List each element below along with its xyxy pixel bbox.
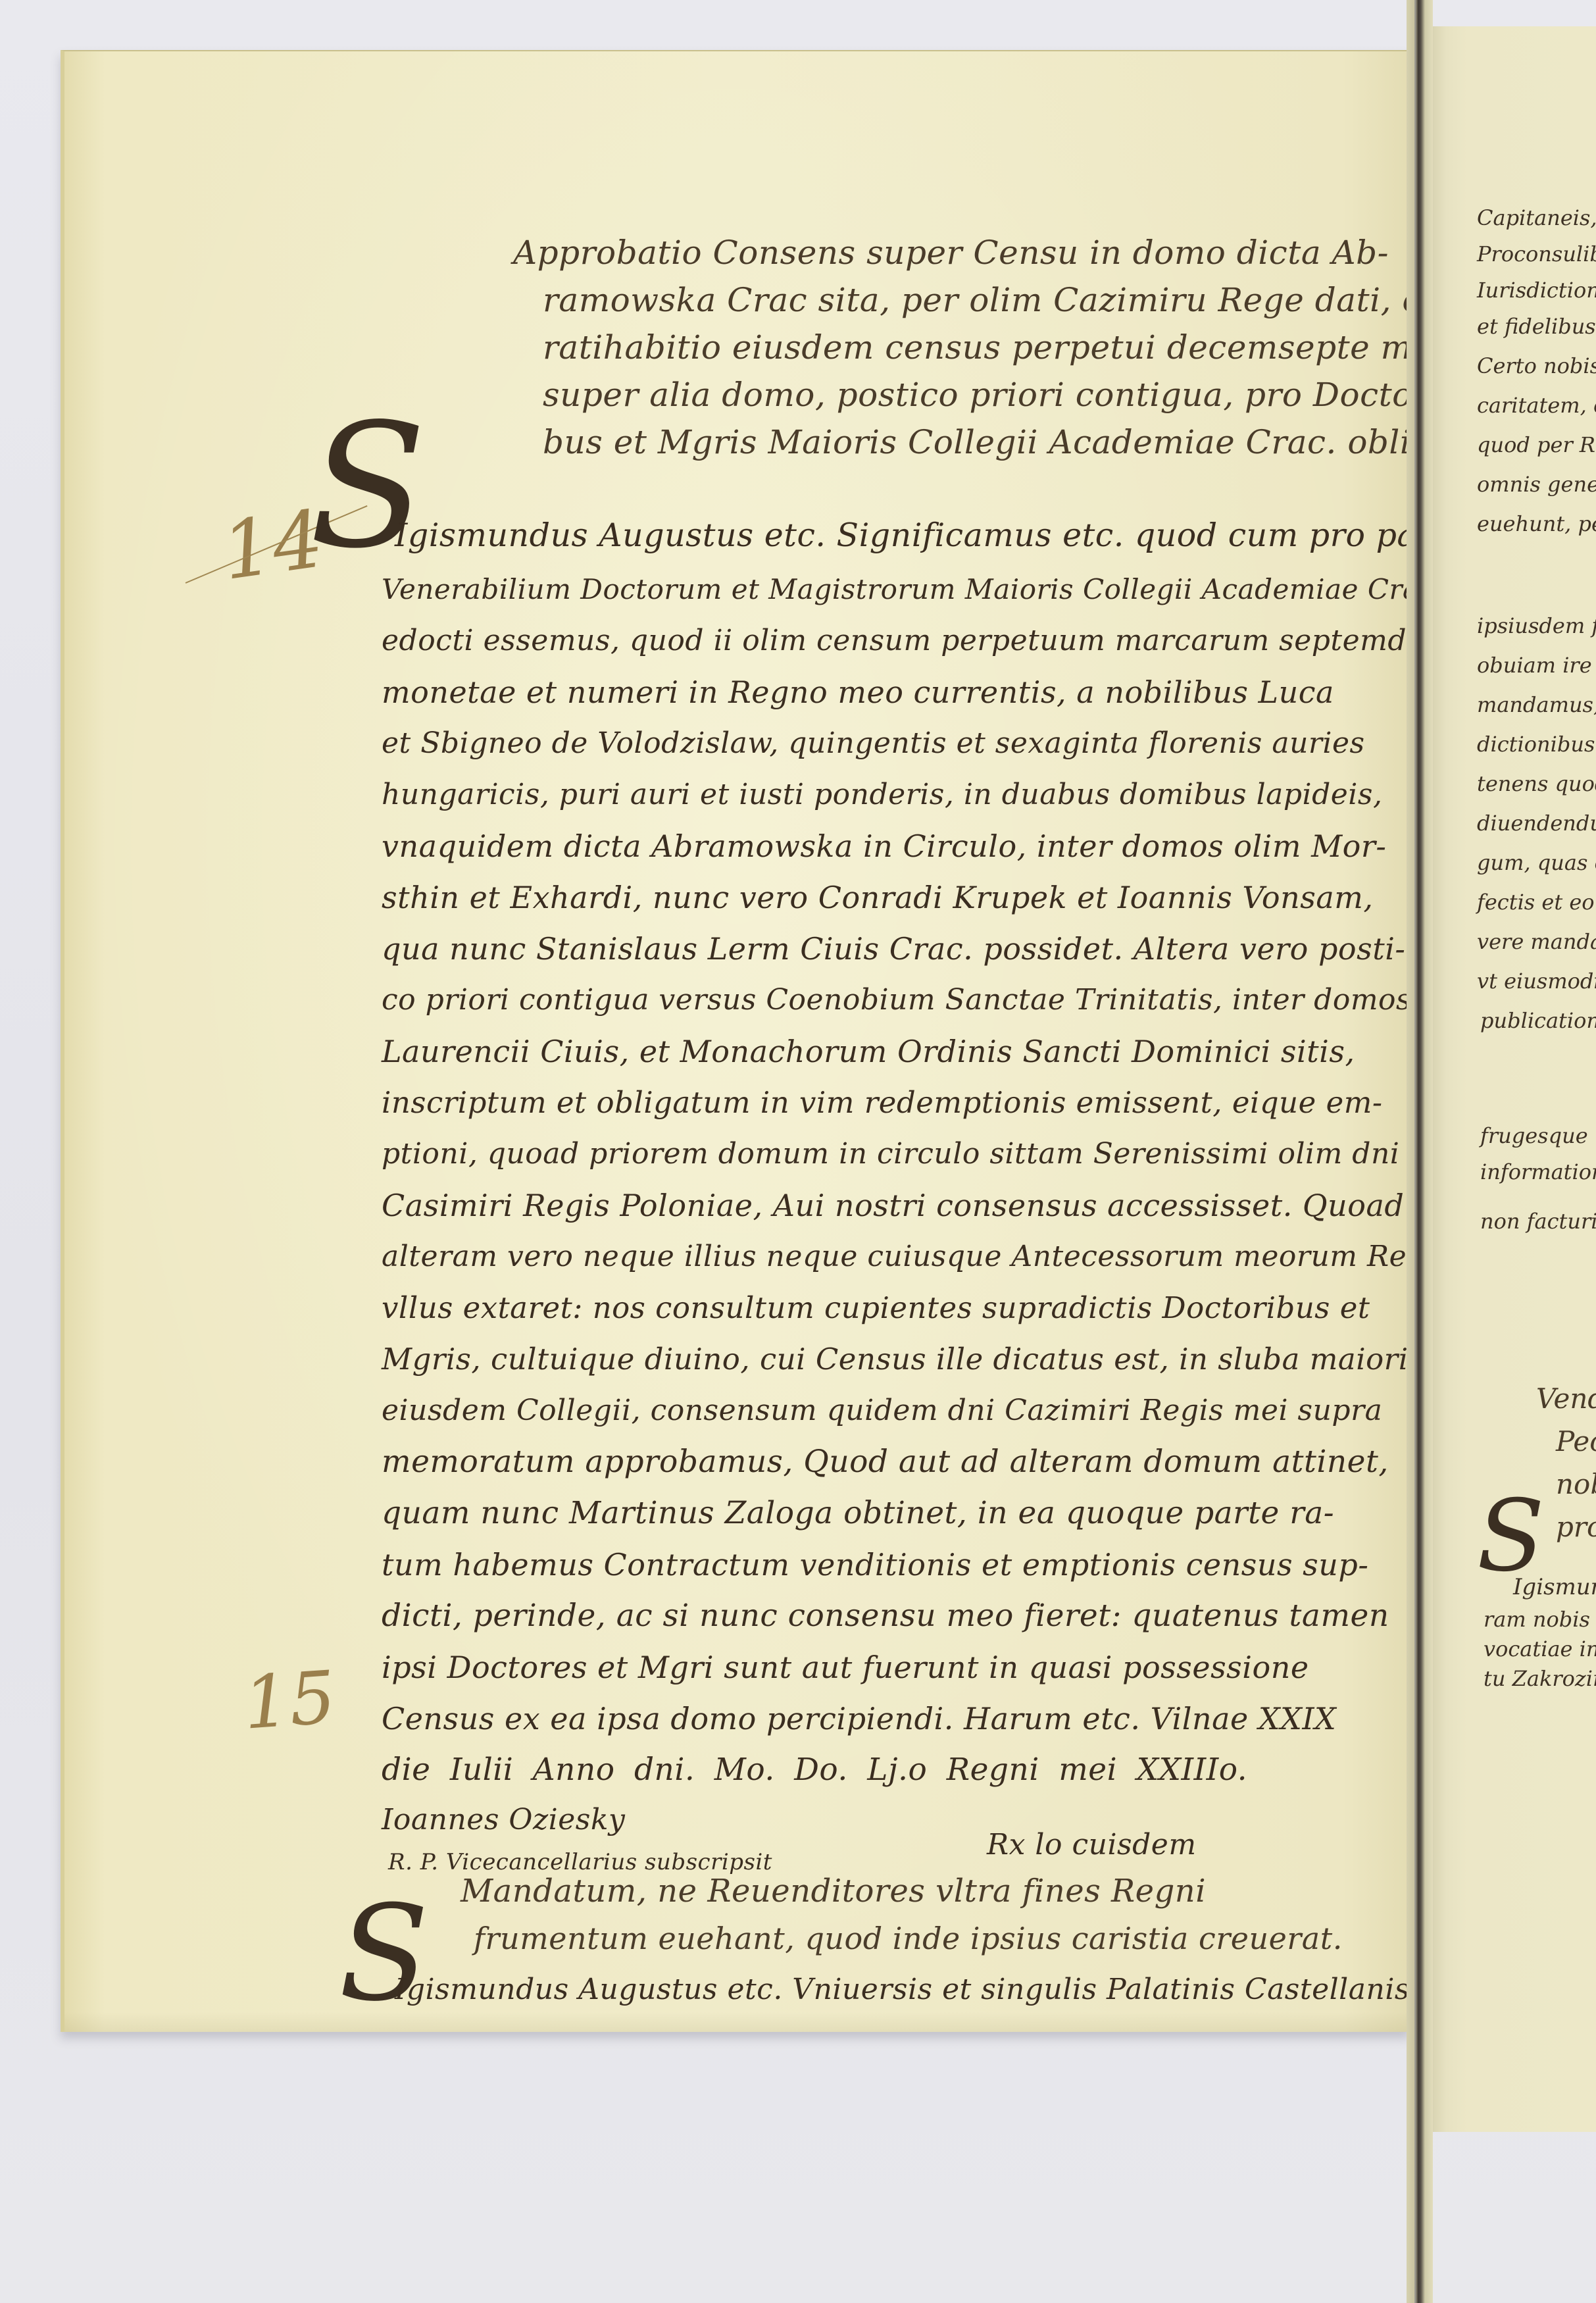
body-line: ptioni, quoad priorem domum in circulo s… (382, 1132, 1399, 1177)
body-line: qua nunc Stanislaus Lerm Ciuis Crac. pos… (382, 926, 1405, 971)
right-page-line: et fidelibus di (1477, 316, 1596, 337)
body-line: sthin et Exhardi, nunc vero Conradi Krup… (382, 875, 1374, 920)
body-line: co priori contigua versus Coenobium Sanc… (382, 978, 1411, 1023)
right-heading-line: Pech (1556, 1428, 1596, 1455)
heading-line: ramowska Crac sita, per olim Cazimiru Re… (543, 278, 1435, 322)
right-page-line: vt eiusmodi (1477, 971, 1596, 992)
body-line: Laurencii Ciuis, et Monachorum Ordinis S… (382, 1029, 1355, 1074)
body-line: eiusdem Collegii, consensum quidem dni C… (382, 1388, 1382, 1433)
body-line: Venerabilium Doctorum et Magistrorum Mai… (382, 567, 1444, 612)
right-decorated-initial-s: S (1477, 1487, 1545, 1586)
heading-line: ratihabitio eiusdem census perpetui dece… (543, 325, 1478, 370)
right-page (1433, 26, 1596, 2132)
right-page-line: Igismundus (1513, 1576, 1596, 1598)
right-page-line: ram nobis p (1484, 1609, 1596, 1630)
signature-relator: Rx lo cuisdem (987, 1823, 1197, 1867)
right-heading-line: Vendi (1536, 1385, 1596, 1413)
right-page-line: Iurisdictionem (1477, 280, 1596, 301)
right-page-line: Proconsulibus, (1477, 243, 1596, 265)
right-page-line: diuendendum (1477, 813, 1596, 834)
right-page-line: euehunt, per (1477, 513, 1596, 534)
right-page-line: frugesque qua (1480, 1125, 1596, 1146)
body-line: Igismundus Augustus etc. Vniuersis et si… (395, 1967, 1410, 2012)
right-page-line: vere manda (1477, 931, 1596, 952)
marginal-note-entry-2: 15 (241, 1655, 339, 1745)
heading-line: frumentum euehant, quod inde ipsius cari… (474, 1916, 1343, 1961)
heading-line: Mandatum, ne Reuenditores vltra fines Re… (461, 1869, 1206, 1913)
right-page-line: caritatem, ca (1477, 395, 1596, 416)
right-page-line: vocatiae in o (1484, 1638, 1596, 1659)
book-spine-gutter (1407, 0, 1433, 2303)
right-page-line: tenens quod d (1477, 773, 1596, 794)
heading-line: Approbatio Consens super Censu in domo d… (513, 230, 1389, 275)
body-line: inscriptum et obligatum in vim redemptio… (382, 1080, 1383, 1125)
body-line: monetae et numeri in Regno meo currentis… (382, 670, 1334, 715)
right-heading-line: proba (1556, 1513, 1596, 1541)
right-page-line: informatione (1480, 1161, 1596, 1182)
right-page-line: publicationez (1480, 1010, 1596, 1031)
body-line: Census ex ea ipsa domo percipiendi. Haru… (382, 1696, 1336, 1741)
right-page-line: dictionibus v (1477, 734, 1596, 755)
right-page-line: obuiam ire vol (1477, 655, 1596, 676)
body-line: tum habemus Contractum venditionis et em… (382, 1542, 1368, 1587)
body-line: memoratum approbamus, Quod aut ad altera… (382, 1440, 1389, 1484)
body-line: ipsi Doctores et Mgri sunt aut fuerunt i… (382, 1645, 1309, 1690)
right-page-line: non facturi (1480, 1211, 1596, 1232)
body-line: vnaquidem dicta Abramowska in Circulo, i… (382, 824, 1386, 869)
signature-chancellor-name: Ioannes Oziesky (382, 1798, 625, 1842)
right-page-line: omnis generis (1477, 474, 1596, 495)
body-line: Igismundus Augustus etc. Significamus et… (395, 513, 1465, 558)
body-line: die Iulii Anno dni. Mo. Do. Lj.o Regni m… (382, 1748, 1247, 1792)
right-heading-line: nobil (1556, 1471, 1596, 1498)
right-page-line: gum, quas eu (1477, 852, 1596, 873)
gutter-crease (1414, 0, 1416, 2303)
right-page-line: Certo nobis (1477, 355, 1596, 376)
body-line: hungaricis, puri auri et iusti ponderis,… (382, 772, 1382, 817)
body-line: dicti, perinde, ac si nunc consensu meo … (382, 1594, 1389, 1638)
body-line: Casimiri Regis Poloniae, Aui nostri cons… (382, 1183, 1404, 1228)
right-page-line: mandamus, v (1477, 694, 1596, 715)
body-line: quam nunc Martinus Zaloga obtinet, in ea… (382, 1491, 1334, 1536)
right-page-line: quod per Reuend (1477, 434, 1596, 455)
right-page-line: Capitaneis, Te (1477, 207, 1596, 228)
right-page-line: tu Zakrozim (1484, 1668, 1596, 1689)
right-page-line: ipsiusdem fen (1477, 615, 1596, 636)
body-line: alteram vero neque illius neque cuiusque… (382, 1234, 1472, 1279)
body-line: vllus extaret: nos consultum cupientes s… (382, 1286, 1370, 1330)
right-page-line: fectis et eoru (1477, 892, 1596, 913)
heading-line: super alia domo, postico priori contigua… (543, 372, 1451, 417)
heading-line: bus et Mgris Maioris Collegii Academiae … (543, 420, 1488, 465)
body-line: et Sbigneo de Volodzislaw, quingentis et… (382, 721, 1365, 766)
body-line: Mgris, cultuique diuino, cui Census ille… (382, 1337, 1409, 1382)
body-line: edocti essemus, quod ii olim censum perp… (382, 619, 1478, 663)
